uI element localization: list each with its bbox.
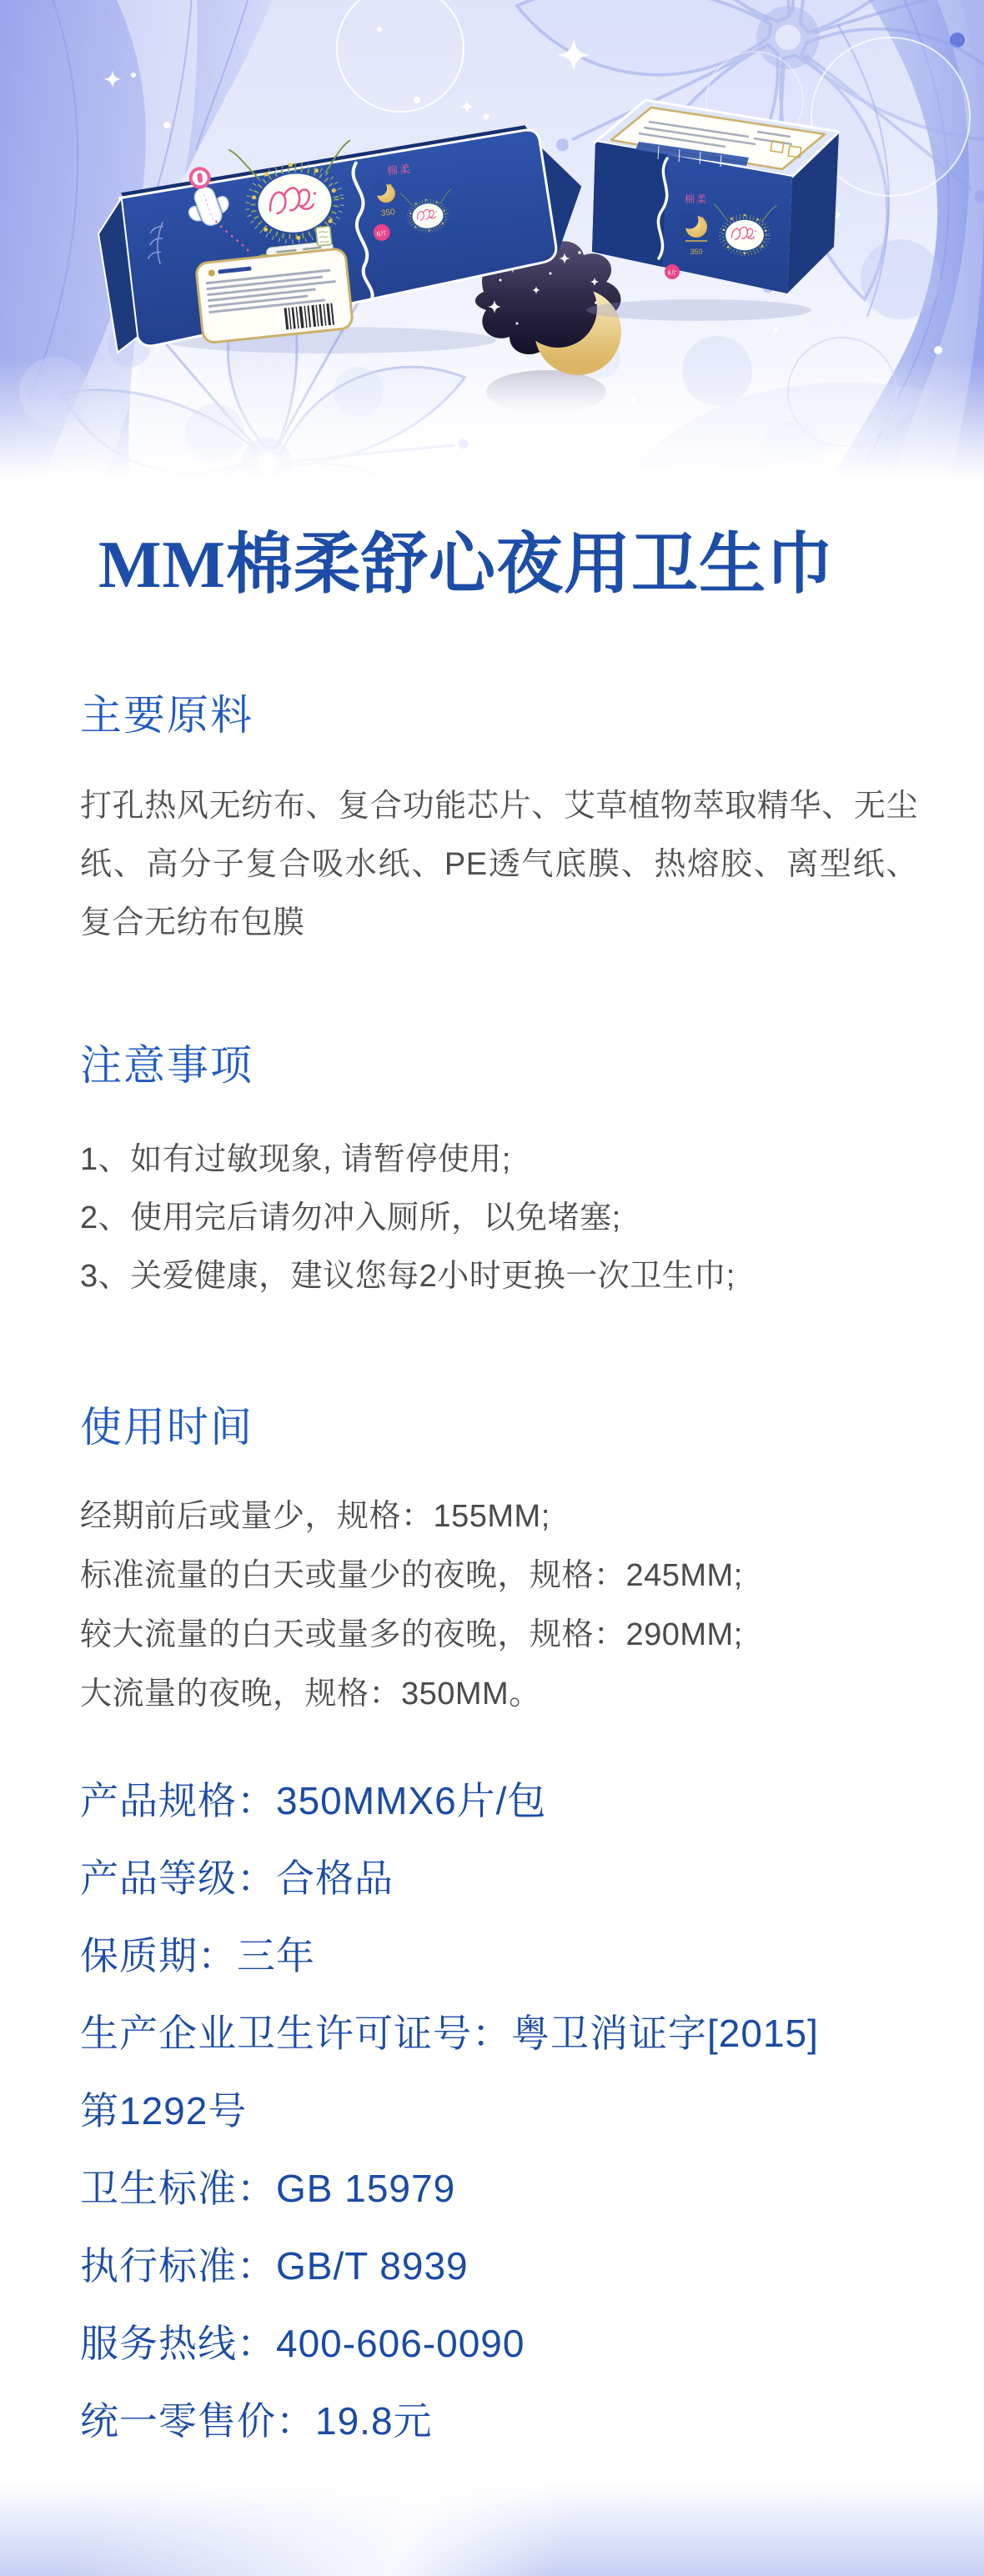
svg-text:6片: 6片 (668, 269, 677, 277)
list-item: 3、关爱健康，建议您每2小时更换一次卫生巾; (80, 1247, 934, 1306)
spec-row-specification: 产品规格：350MMX6片/包 (80, 1762, 851, 1840)
list-item: 1、如有过敏现象, 请暂停使用; (80, 1130, 934, 1189)
spec-row-grade: 产品等级：合格品 (80, 1840, 851, 1917)
spec-row-hotline: 服务热线：400-606-0090 (80, 2305, 851, 2383)
spec-row-hygiene-standard: 卫生标准：GB 15979 (80, 2150, 851, 2228)
count-badge-right: 6片 (665, 264, 680, 279)
list-item: 较大流量的白天或量多的夜晚，规格：290MM; (80, 1606, 934, 1665)
product-specs: 产品规格：350MMX6片/包 产品等级：合格品 保质期：三年 生产企业卫生许可… (80, 1762, 851, 2460)
spec-row-license: 生产企业卫生许可证号：粤卫消证字[2015]第1292号 (80, 1995, 851, 2150)
precautions-list: 1、如有过敏现象, 请暂停使用; 2、使用完后请勿冲入厕所，以免堵塞; 3、关爱… (80, 1130, 934, 1306)
section-heading-precautions: 注意事项 (80, 1045, 934, 1086)
product-description: MM棉柔舒心夜用卫生巾 主要原料 打孔热风无纺布、复合功能芯片、艾草植物萃取精华… (0, 500, 984, 2460)
list-item: 大流量的夜晚，规格：350MM。 (80, 1665, 934, 1724)
spec-row-shelf-life: 保质期：三年 (80, 1917, 851, 1995)
ingredients-text: 打孔热风无纺布、复合功能芯片、艾草植物萃取精华、无尘纸、高分子复合吸水纸、PE透… (80, 777, 918, 952)
banner-fade (0, 358, 984, 500)
badge-length-right: 350 (690, 248, 702, 256)
list-item: 标准流量的白天或量少的夜晚，规格：245MM; (80, 1546, 934, 1606)
section-heading-usage-time: 使用时间 (80, 1406, 934, 1448)
banner-illustration: 棉柔 350 6片 (0, 0, 984, 500)
usage-time-list: 经期前后或量少，规格：155MM; 标准流量的白天或量少的夜晚，规格：245MM… (80, 1487, 934, 1724)
badge-cotton-soft: 棉柔 (386, 163, 412, 178)
spec-row-retail-price: 统一零售价：19.8元 (80, 2383, 851, 2460)
product-detail-page: 棉柔 350 6片 (0, 0, 984, 2576)
section-heading-ingredients: 主要原料 (80, 694, 934, 736)
list-item: 经期前后或量少，规格：155MM; (80, 1487, 934, 1546)
footer-gradient-decoration (0, 2483, 984, 2576)
package-info-panel (195, 248, 353, 343)
page-title: MM棉柔舒心夜用卫生巾 (98, 532, 934, 599)
svg-text:6片: 6片 (376, 228, 387, 238)
badge-cotton-soft-right: 棉柔 (685, 193, 708, 205)
spec-row-exec-standard: 执行标准：GB/T 8939 (80, 2228, 851, 2305)
list-item: 2、使用完后请勿冲入厕所，以免堵塞; (80, 1189, 934, 1247)
badge-length: 350 (380, 208, 395, 218)
